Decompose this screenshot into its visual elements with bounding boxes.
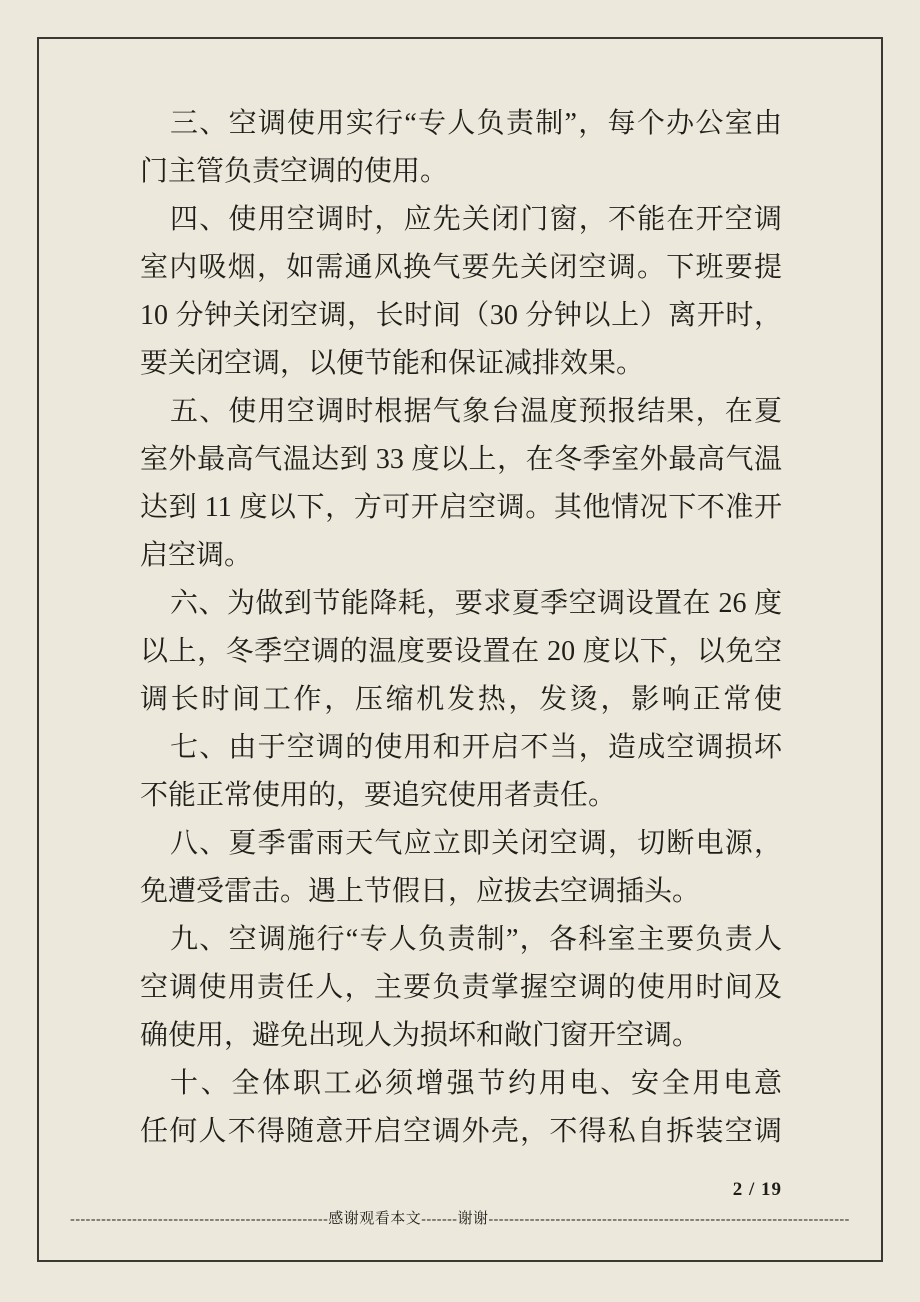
document-body: 三、空调使用实行“专人负责制”，每个办公室由部门主管负责空调的使用。四、使用空调… xyxy=(140,100,782,1156)
text-line: 10 分钟关闭空调，长时间（30 分钟以上）离开时， xyxy=(140,292,782,340)
text-line: 五、使用空调时根据气象台温度预报结果，在夏季 xyxy=(140,388,782,436)
text-line: 达到 11 度以下，方可开启空调。其他情况下不准开 xyxy=(140,484,782,532)
footer-thanks-text: 感谢观看本文 xyxy=(328,1211,421,1227)
text-line: 四、使用空调时，应先关闭门窗，不能在开空调的 xyxy=(140,196,782,244)
text-line: 启空调。 xyxy=(140,532,782,580)
document-page: 三、空调使用实行“专人负责制”，每个办公室由部门主管负责空调的使用。四、使用空调… xyxy=(0,0,920,1302)
text-line: 不能正常使用的，要追究使用者责任。 xyxy=(140,772,782,820)
text-line: 三、空调使用实行“专人负责制”，每个办公室由部 xyxy=(140,100,782,148)
footer-divider: ----------------------------------------… xyxy=(39,1207,881,1228)
text-line: 室外最高气温达到 33 度以上，在冬季室外最高气温 xyxy=(140,436,782,484)
page-number: 2 / 19 xyxy=(733,1179,782,1201)
text-line: 六、为做到节能降耗，要求夏季空调设置在 26 度 xyxy=(140,580,782,628)
text-line: 以上，冬季空调的温度要设置在 20 度以下，以免空 xyxy=(140,628,782,676)
text-line: 门主管负责空调的使用。 xyxy=(140,148,782,196)
text-line: 调长时间工作，压缩机发热，发烫，影响正常使用。 xyxy=(140,676,782,724)
footer-thanks-suffix: 谢谢 xyxy=(457,1211,488,1227)
text-line: 空调使用责任人，主要负责掌握空调的使用时间及正 xyxy=(140,964,782,1012)
footer-dash-right: ----------------------------------------… xyxy=(488,1212,849,1227)
text-line: 十、全体职工必须增强节约用电、安全用电意识。 xyxy=(140,1060,782,1108)
text-line: 七、由于空调的使用和开启不当，造成空调损坏或 xyxy=(140,724,782,772)
text-line: 确使用，避免出现人为损坏和敞门窗开空调。 xyxy=(140,1012,782,1060)
footer-dash-left: ----------------------------------------… xyxy=(70,1212,328,1227)
text-line: 要关闭空调，以便节能和保证减排效果。 xyxy=(140,340,782,388)
text-line: 八、夏季雷雨天气应立即关闭空调，切断电源，以 xyxy=(140,820,782,868)
text-line: 室内吸烟，如需通风换气要先关闭空调。下班要提前 xyxy=(140,244,782,292)
footer-dash-mid: ------- xyxy=(421,1212,457,1227)
text-line: 任何人不得随意开启空调外壳，不得私自拆装空调及 xyxy=(140,1108,782,1156)
text-line: 免遭受雷击。遇上节假日，应拔去空调插头。 xyxy=(140,868,782,916)
page-border-frame: 三、空调使用实行“专人负责制”，每个办公室由部门主管负责空调的使用。四、使用空调… xyxy=(37,37,883,1262)
text-line: 九、空调施行“专人负责制”，各科室主要负责人为 xyxy=(140,916,782,964)
